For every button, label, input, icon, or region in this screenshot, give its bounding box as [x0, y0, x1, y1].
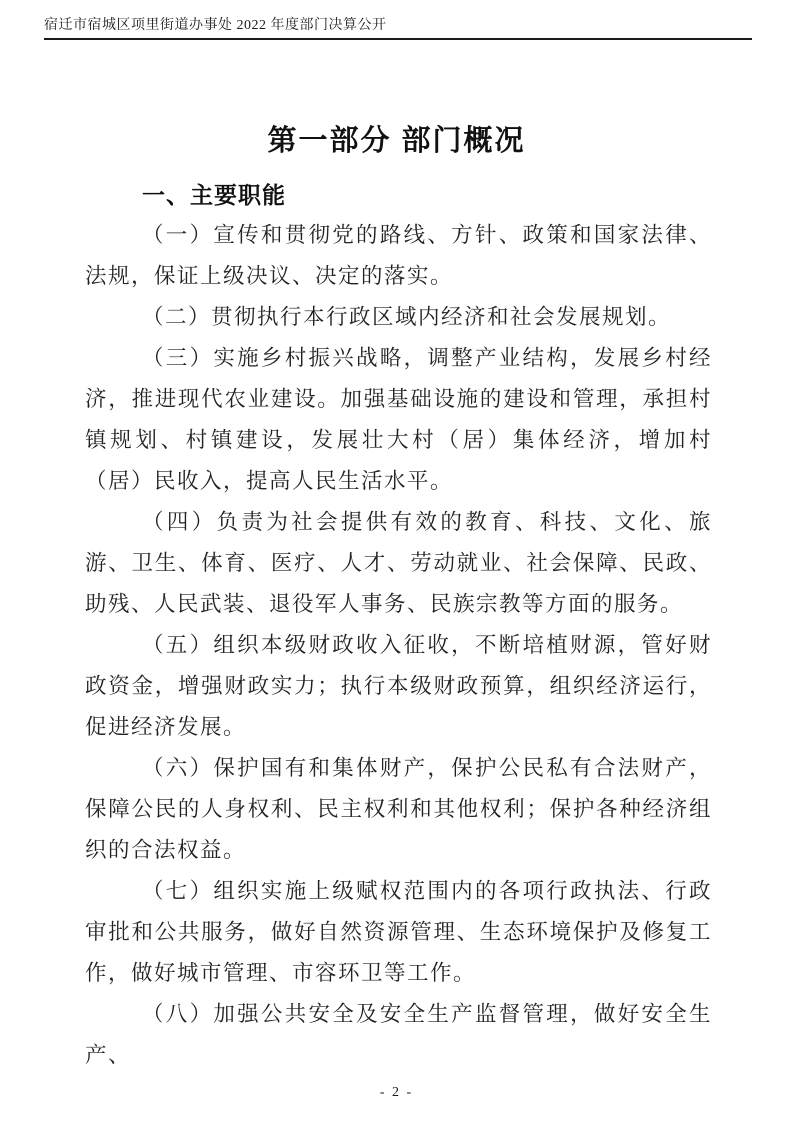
- document-title: 第一部分 部门概况: [0, 122, 793, 160]
- paragraph-1: （一）宣传和贯彻党的路线、方针、政策和国家法律、法规，保证上级决议、决定的落实。: [85, 215, 712, 297]
- paragraph-2: （二）贯彻执行本行政区域内经济和社会发展规划。: [85, 297, 712, 338]
- paragraph-8: （八）加强公共安全及安全生产监督管理，做好安全生产、: [85, 994, 712, 1076]
- running-header-text: 宿迁市宿城区项里街道办事处 2022 年度部门决算公开: [44, 17, 752, 34]
- page-number: - 2 -: [380, 1085, 413, 1100]
- paragraph-3: （三）实施乡村振兴战略，调整产业结构，发展乡村经济，推进现代农业建设。加强基础设…: [85, 338, 712, 502]
- document-page: 宿迁市宿城区项里街道办事处 2022 年度部门决算公开 第一部分 部门概况 一、…: [0, 0, 793, 1122]
- page-footer: - 2 -: [0, 1083, 793, 1101]
- paragraph-5: （五）组织本级财政收入征收，不断培植财源，管好财政资金，增强财政实力；执行本级财…: [85, 625, 712, 748]
- paragraph-4: （四）负责为社会提供有效的教育、科技、文化、旅游、卫生、体育、医疗、人才、劳动就…: [85, 502, 712, 625]
- document-body: （一）宣传和贯彻党的路线、方针、政策和国家法律、法规，保证上级决议、决定的落实。…: [85, 215, 712, 1076]
- paragraph-6: （六）保护国有和集体财产，保护公民私有合法财产，保障公民的人身权利、民主权利和其…: [85, 748, 712, 871]
- section-heading: 一、主要职能: [85, 180, 769, 210]
- page-header: 宿迁市宿城区项里街道办事处 2022 年度部门决算公开: [44, 17, 752, 40]
- paragraph-7: （七）组织实施上级赋权范围内的各项行政执法、行政审批和公共服务，做好自然资源管理…: [85, 871, 712, 994]
